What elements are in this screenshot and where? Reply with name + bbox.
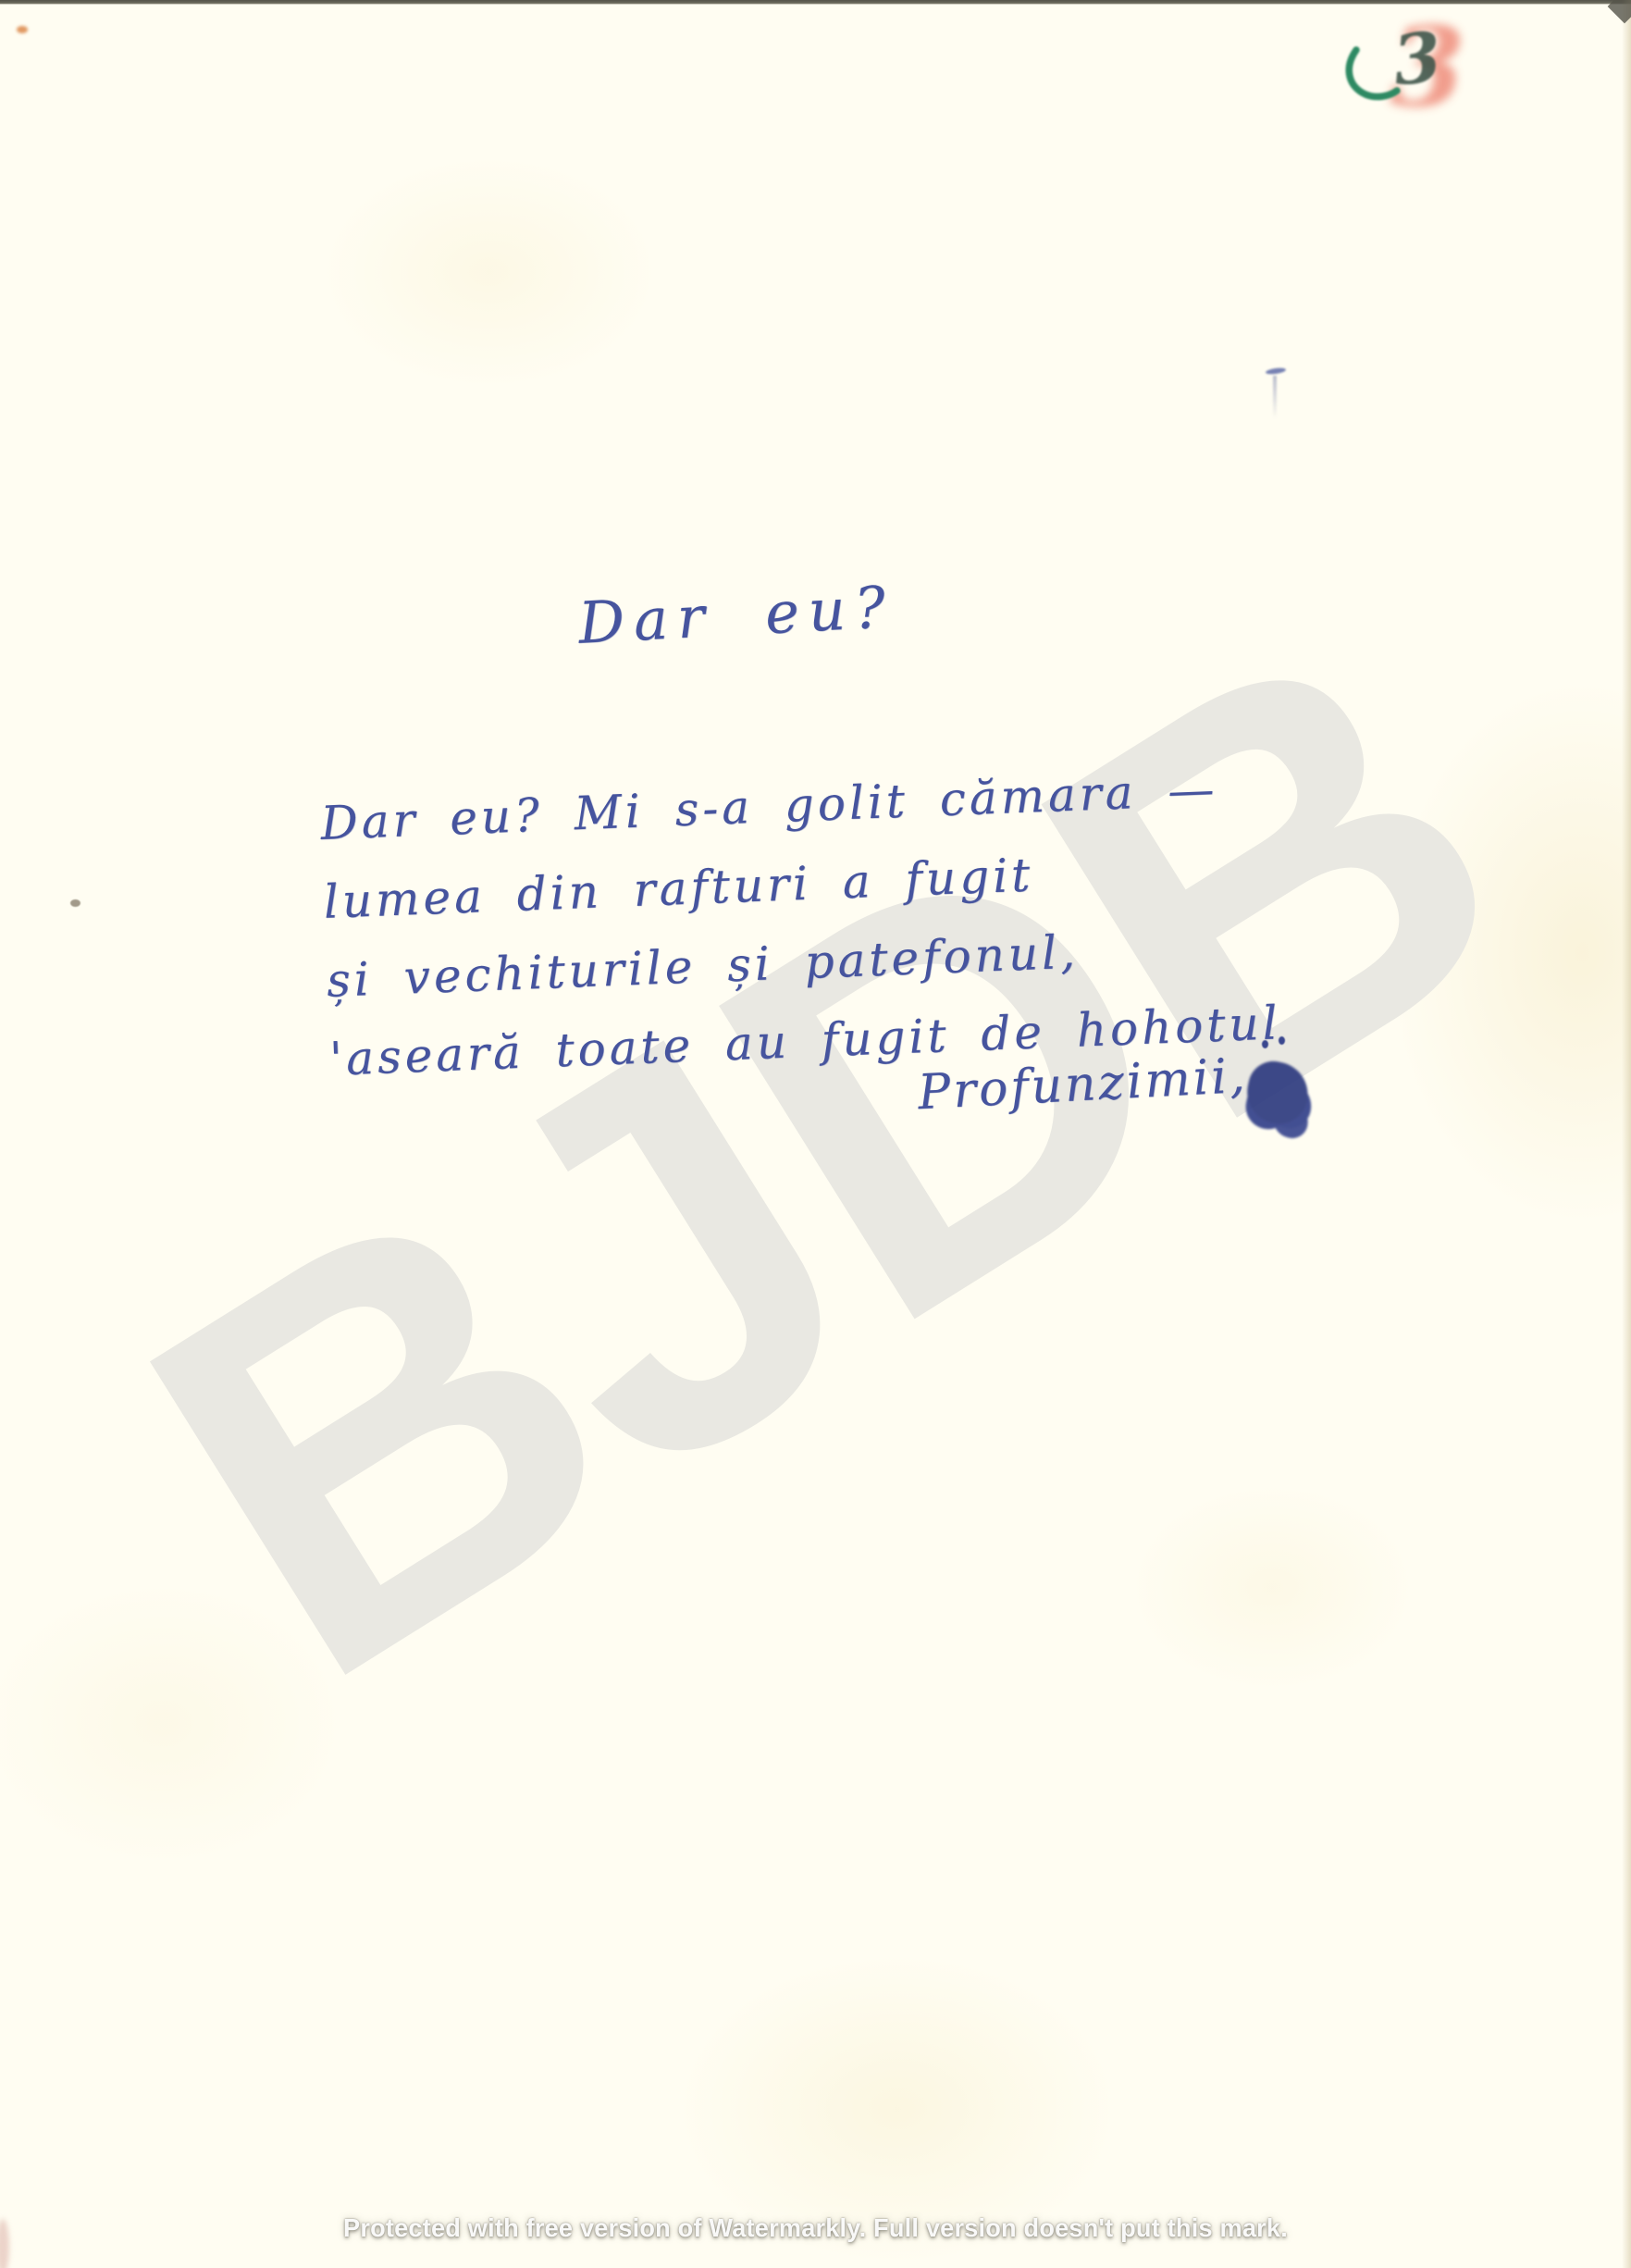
paper-speck-gray xyxy=(70,899,80,907)
scanned-manuscript-page: { "document": { "page_number": "3", "poe… xyxy=(0,0,1631,2268)
scan-edge-right xyxy=(1622,0,1631,2268)
watermark-notice: Protected with free version of Watermark… xyxy=(24,2213,1606,2243)
page-number-dark-ink: 3 xyxy=(1390,18,1445,102)
page-number-mark: 3 3 xyxy=(1295,2,1499,150)
stray-ink-speck-tail xyxy=(1273,376,1277,418)
ink-blot-dot xyxy=(1279,1036,1285,1045)
ink-blot-dot xyxy=(1262,1040,1268,1048)
paper-speck-orange xyxy=(17,26,28,33)
poem-body: Dar eu? Mi s-a golit cămara — lumea din … xyxy=(319,749,1282,1099)
